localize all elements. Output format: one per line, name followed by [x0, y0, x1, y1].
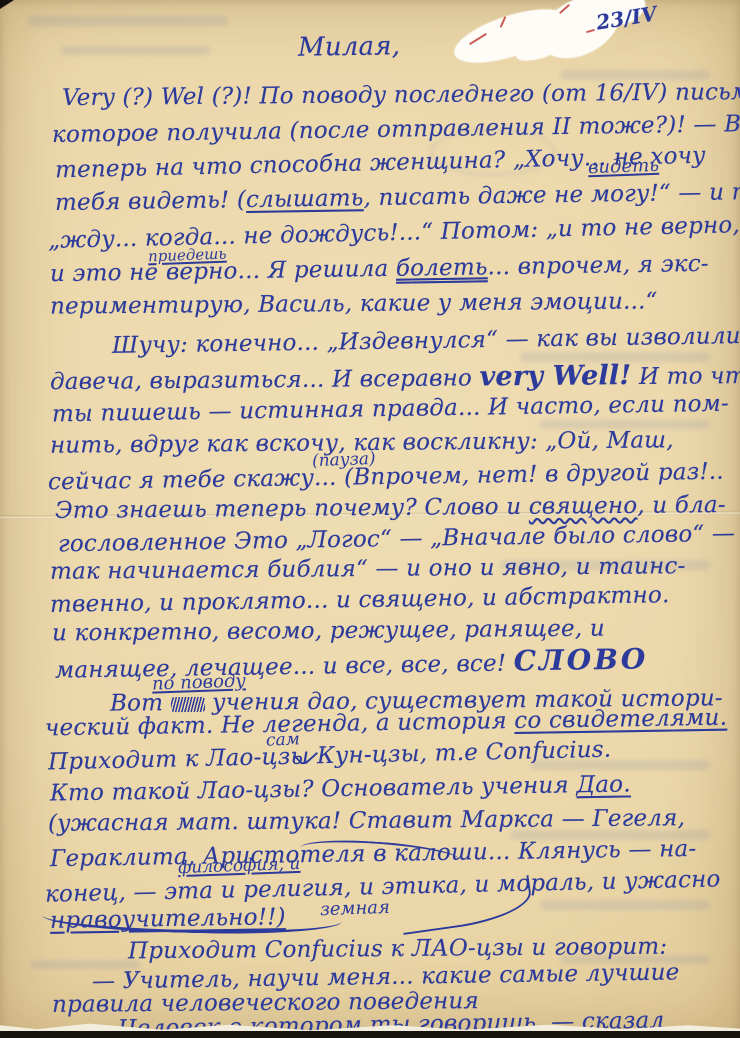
handwritten-line: Это знаешь теперь почему? Слово и священ… [55, 494, 726, 523]
bleedthrough-mark [60, 46, 210, 55]
insertion-pauza: (пауза) [312, 449, 376, 471]
handwritten-line: так начинается библия“ — и оно и явно, и… [50, 555, 686, 584]
handwritten-line: Приходит Confucius к ЛАО-цзы и говорит: [128, 936, 668, 964]
bleedthrough-mark [28, 16, 228, 26]
insertion-videt: видеть [588, 155, 660, 178]
insertion-po-povodu: по поводу [152, 670, 246, 694]
handwritten-line: и конкретно, весомо, режущее, ранящее, и [52, 618, 605, 646]
handwritten-line: Very (?) Wel (?)! По поводу последнего (… [62, 81, 740, 110]
scan-edge [0, 1031, 740, 1038]
bleedthrough-mark [560, 70, 710, 80]
insertion-filosofiya: философия, и [178, 854, 301, 878]
bleedthrough-mark [540, 900, 710, 910]
handwritten-line: периментирую, Василь, какие у меня эмоци… [50, 290, 658, 318]
letter-scan: { "colors": { "ink": "#2c3b9b", "paper":… [0, 0, 740, 1038]
letter-greeting: Милая, [298, 33, 401, 61]
scan-corner [0, 0, 14, 9]
handwritten-line: давеча, выразиться... И всеравно very We… [50, 361, 740, 394]
insertion-sam: сам [266, 729, 300, 750]
insertion-priedesh: приедешь [148, 245, 227, 266]
handwritten-line: (ужасная мат. штука! Ставит Маркса — Гег… [48, 807, 685, 836]
